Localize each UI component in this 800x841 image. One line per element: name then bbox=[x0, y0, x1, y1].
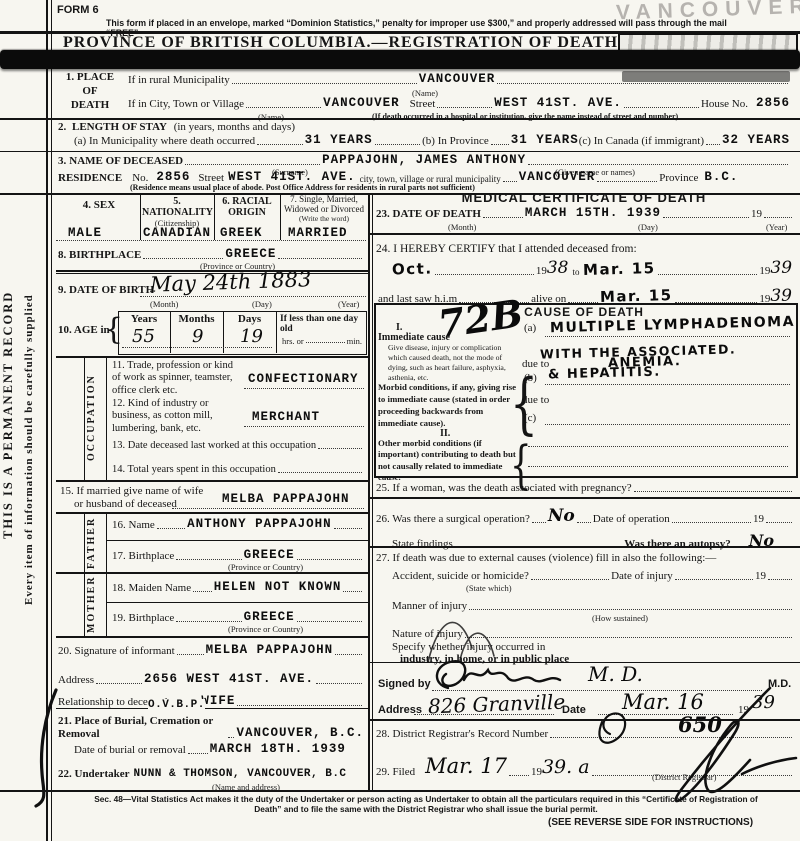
operation-19: 19 bbox=[753, 513, 764, 526]
racial-origin-value: GREEK bbox=[220, 226, 263, 240]
other-morbid-note: Other morbid conditions (if important) c… bbox=[378, 438, 520, 484]
filed-label: 29. Filed bbox=[376, 766, 415, 779]
informant-signature-label: 20. Signature of informant bbox=[58, 645, 175, 658]
s3-number: 3. bbox=[58, 155, 66, 168]
place-of-death-label: 1. PLACE OF DEATH bbox=[58, 71, 122, 112]
total-years-row: 14. Total years spent in this occupation bbox=[112, 464, 364, 476]
occupation-strip-right bbox=[106, 356, 107, 480]
rule-father bbox=[56, 572, 368, 574]
occupation-side-label: OCCUPATION bbox=[86, 362, 97, 474]
burial-place-value: VANCOUVER, B.C. bbox=[236, 726, 364, 741]
last-worked-row: 13. Date deceased last worked at this oc… bbox=[112, 440, 364, 452]
how-sustained-caption: (How sustained) bbox=[592, 613, 648, 623]
cause-b-value: & HEPATITIS. bbox=[548, 365, 661, 383]
date-of-death-value: MARCH 15TH. 1939 bbox=[525, 206, 661, 221]
cause-c-dotted bbox=[545, 424, 790, 425]
father-birthplace-caption: (Province or Country) bbox=[228, 562, 303, 572]
operation-row: 26. Was there a surgical operation? No D… bbox=[376, 506, 794, 526]
length-of-stay-label: LENGTH OF STAY bbox=[72, 121, 167, 133]
sex-header: 4. SEX bbox=[62, 199, 136, 212]
footer-line1: Sec. 48—Vital Statistics Act makes it th… bbox=[56, 794, 796, 804]
rule-s25 bbox=[369, 497, 800, 499]
father-strip-right bbox=[106, 512, 107, 572]
informant-address-value: 2656 WEST 41ST. AVE. bbox=[144, 672, 314, 687]
father-name-row: 16. Name ANTHONY PAPPAJOHN bbox=[112, 517, 364, 532]
residence-label: RESIDENCE bbox=[58, 172, 122, 185]
dob-year-caption: (Year) bbox=[338, 299, 359, 309]
informant-relationship-value: WIFE bbox=[201, 694, 235, 709]
age-note: If less than one day old bbox=[280, 314, 364, 334]
mother-birthplace-value: GREECE bbox=[244, 610, 295, 625]
filed-19: 19 bbox=[531, 766, 542, 779]
findings-row: State findings Was there an autopsy? No bbox=[392, 532, 794, 551]
industry-value: MERCHANT bbox=[252, 410, 320, 424]
pregnancy-label: 25. If a woman, was the death associated… bbox=[376, 482, 632, 495]
stay-municipality-value: 31 YEARS bbox=[305, 133, 373, 148]
death-certificate-scan: THIS IS A PERMANENT RECORD Every item of… bbox=[0, 0, 800, 841]
undertaker-row: 22. Undertaker NUNN & THOMSON, VANCOUVER… bbox=[58, 768, 364, 781]
state-findings-label: State findings bbox=[392, 538, 453, 551]
marital-header: 7. Single, Married, Widowed or Divorced … bbox=[283, 194, 365, 223]
immediate-cause-note: Give disease, injury or complication whi… bbox=[388, 343, 516, 384]
house-no-value: 2856 bbox=[756, 96, 790, 111]
dod-month-caption: (Month) bbox=[448, 222, 476, 232]
age-years-value: 55 bbox=[132, 326, 155, 347]
rule-father-inner bbox=[107, 540, 368, 541]
rule-s26 bbox=[369, 546, 800, 548]
street-label: Street bbox=[410, 98, 436, 111]
age-years-header: Years bbox=[118, 313, 170, 326]
date-of-death-label: 23. DATE OF DEATH bbox=[376, 208, 481, 221]
length-of-stay-paren: (in years, months and days) bbox=[174, 121, 295, 133]
burial-place-row: 21. Place of Burial, Cremation or Remova… bbox=[58, 715, 364, 741]
attended-from-row: Oct. 19 38 to Mar. 15 19 39 bbox=[392, 258, 792, 278]
burial-date-value: MARCH 18TH. 1939 bbox=[210, 742, 346, 757]
autopsy-value: No bbox=[749, 532, 774, 551]
attended-19a: 19 bbox=[536, 265, 547, 278]
house-no-label: House No. bbox=[701, 98, 748, 111]
burial-date-row: Date of burial or removal MARCH 18TH. 19… bbox=[74, 742, 364, 757]
marital-value: MARRIED bbox=[288, 226, 348, 240]
burial-date-label: Date of burial or removal bbox=[74, 744, 186, 757]
rule-mother bbox=[56, 636, 368, 638]
operation-date-label: Date of operation bbox=[593, 513, 670, 526]
informant-relationship-row: Relationship to deceased WIFE bbox=[58, 694, 364, 709]
industry-dotted bbox=[244, 426, 364, 427]
dod-year-caption: (Year) bbox=[766, 222, 787, 232]
age-dotted-rule bbox=[122, 347, 272, 348]
other-morbid-dotted-1 bbox=[528, 446, 788, 447]
date-of-death-19: 19 bbox=[751, 208, 762, 221]
cause-b-label: (b) bbox=[524, 372, 537, 385]
physician-signature bbox=[430, 650, 580, 695]
address-dotted bbox=[414, 714, 554, 715]
trade-dotted bbox=[244, 388, 364, 389]
vancouver-stamp: VANCOUVER bbox=[616, 0, 800, 25]
age-hrs-min-row: hrs. or min. bbox=[282, 336, 362, 346]
medical-certificate-title: MEDICAL CERTIFICATE OF DEATH bbox=[374, 190, 794, 205]
s2-number: 2. bbox=[58, 121, 66, 133]
signed-by-label: Signed by bbox=[378, 678, 431, 690]
certificate-date-label: Date bbox=[562, 704, 586, 716]
date-of-death-row: 23. DATE OF DEATH MARCH 15TH. 1939 19 bbox=[376, 206, 794, 221]
birthplace-value: GREECE bbox=[225, 247, 276, 262]
place-of-death-line2: OF bbox=[58, 85, 122, 99]
reverse-side-note: (SEE REVERSE SIDE FOR INSTRUCTIONS) bbox=[548, 817, 753, 828]
attended-19b: 19 bbox=[759, 265, 770, 278]
length-of-stay-row: (a) In Municipality where death occurred… bbox=[74, 133, 790, 148]
rural-municipality-label: If in rural Municipality bbox=[128, 74, 230, 87]
stay-province-value: 31 YEARS bbox=[511, 133, 579, 148]
birthplace-row: 8. BIRTHPLACE GREECE bbox=[58, 247, 364, 262]
name-of-deceased-row: 3. NAME OF DECEASED PAPPAJOHN, JAMES ANT… bbox=[58, 153, 790, 168]
father-name-label: 16. Name bbox=[112, 519, 155, 532]
rule-s20 bbox=[56, 708, 368, 709]
form-number: FORM 6 bbox=[57, 4, 99, 16]
age-label: 10. AGE in bbox=[58, 324, 110, 337]
attended-from-value: Oct. bbox=[392, 259, 433, 278]
external-causes-label: 27. If death was due to external causes … bbox=[376, 552, 716, 565]
informant-signature-row: 20. Signature of informant MELBA PAPPAJO… bbox=[58, 643, 364, 658]
rule-footer bbox=[0, 790, 800, 792]
rule-s15 bbox=[56, 512, 368, 514]
ink-smudge-bar bbox=[0, 50, 800, 69]
cause-b-dotted bbox=[545, 384, 790, 385]
rule-occ bbox=[56, 480, 368, 482]
pregnancy-row: 25. If a woman, was the death associated… bbox=[376, 482, 794, 495]
state-which-caption: (State which) bbox=[466, 583, 512, 593]
mother-strip-right bbox=[106, 572, 107, 636]
birthplace-label: 8. BIRTHPLACE bbox=[58, 249, 141, 262]
district-registrar-signature bbox=[592, 682, 800, 812]
informant-address-label: Address bbox=[58, 674, 94, 687]
dob-day-caption: (Day) bbox=[252, 299, 272, 309]
dob-dotted-rule bbox=[140, 296, 366, 297]
stay-canada-label: (c) In Canada (if immigrant) bbox=[579, 135, 704, 148]
vitals-dotted-rule bbox=[56, 240, 366, 241]
city-value: VANCOUVER bbox=[323, 96, 400, 111]
stay-municipality-label: (a) In Municipality where death occurred bbox=[74, 135, 255, 148]
attended-from-year: 38 bbox=[547, 258, 569, 278]
age-hrs-label: hrs. or bbox=[282, 336, 304, 346]
spouse-label-line1: 15. If married give name of wife bbox=[60, 485, 220, 498]
attended-to-value: Mar. 15 bbox=[583, 259, 656, 279]
cause-c-label: (c) bbox=[524, 412, 536, 425]
industry-label: 12. Kind of industry or business, as cot… bbox=[112, 398, 244, 435]
record-number-label: 28. District Registrar's Record Number bbox=[376, 728, 548, 741]
father-strip-left bbox=[84, 512, 85, 572]
undertaker-value: NUNN & THOMSON, VANCOUVER, B.C bbox=[134, 768, 347, 781]
nationality-header: 5. NATIONALITY (Citizenship) bbox=[142, 196, 212, 228]
city-town-row: If in City, Town or Village VANCOUVER St… bbox=[128, 96, 790, 111]
city-label: If in City, Town or Village bbox=[128, 98, 244, 111]
racial-origin-header: 6. RACIAL ORIGIN bbox=[216, 196, 278, 218]
immediate-cause-label: Immediate cause bbox=[378, 332, 450, 343]
margin-permanent-record: THIS IS A PERMANENT RECORD bbox=[1, 250, 16, 580]
nationality-header-text: 5. NATIONALITY bbox=[142, 196, 212, 218]
street-value: WEST 41ST. AVE. bbox=[494, 96, 622, 111]
vitals-divider-3 bbox=[280, 195, 281, 240]
accident-label: Accident, suicide or homicide? bbox=[392, 570, 529, 583]
age-months-header: Months bbox=[170, 313, 223, 326]
rural-municipality-row: If in rural Municipality VANCOUVER bbox=[128, 72, 790, 87]
mother-strip-left bbox=[84, 572, 85, 636]
certify-label: 24. I HEREBY CERTIFY that I attended dec… bbox=[376, 243, 637, 257]
rule-s23 bbox=[369, 233, 800, 235]
footer-line2: Death” and to file the same with the Dis… bbox=[56, 804, 796, 814]
spouse-value: MELBA PAPPAJOHN bbox=[222, 492, 350, 506]
mother-birthplace-row: 19. Birthplace GREECE bbox=[112, 610, 364, 625]
nationality-value: CANADIAN bbox=[143, 226, 211, 240]
margin-every-item-note: Every item of information should be care… bbox=[23, 230, 35, 670]
rural-municipality-value: VANCOUVER bbox=[419, 72, 496, 87]
age-days-value: 19 bbox=[240, 326, 263, 347]
vitals-divider-1 bbox=[140, 195, 141, 240]
total-years-label: 14. Total years spent in this occupation bbox=[112, 464, 276, 476]
dod-day-caption: (Day) bbox=[638, 222, 658, 232]
spouse-dotted bbox=[172, 508, 364, 509]
filed-date-value: Mar. 17 bbox=[425, 754, 507, 779]
mother-side-label: MOTHER bbox=[86, 576, 97, 633]
operation-value: No bbox=[548, 506, 575, 526]
age-min-label: min. bbox=[347, 336, 362, 346]
vitals-divider-2 bbox=[214, 195, 215, 240]
deceased-name-value: PAPPAJOHN, JAMES ANTHONY bbox=[322, 153, 526, 168]
age-days-header: Days bbox=[223, 313, 276, 326]
date-of-injury-label: Date of injury bbox=[611, 570, 673, 583]
burial-place-label: 21. Place of Burial, Cremation or Remova… bbox=[58, 715, 226, 741]
informant-address-row: Address 2656 WEST 41ST. AVE. bbox=[58, 672, 364, 687]
mother-name-value: HELEN NOT KNOWN bbox=[214, 580, 342, 595]
informant-signature-value: MELBA PAPPAJOHN bbox=[206, 643, 334, 658]
rule-s10 bbox=[56, 356, 368, 358]
father-name-value: ANTHONY PAPPAJOHN bbox=[187, 517, 332, 532]
mother-name-row: 18. Maiden Name HELEN NOT KNOWN bbox=[112, 580, 364, 595]
autopsy-label: Was there an autopsy? bbox=[624, 538, 730, 551]
due-to-2: due to bbox=[522, 394, 549, 407]
place-of-death-line1: 1. PLACE bbox=[58, 71, 122, 85]
column-divider bbox=[368, 193, 370, 790]
name-of-deceased-label: NAME OF DECEASED bbox=[69, 155, 183, 168]
other-morbid-dotted-2 bbox=[528, 466, 788, 467]
cause-a-label: (a) bbox=[524, 322, 536, 335]
stay-province-label: (b) In Province bbox=[422, 135, 489, 148]
accident-row: Accident, suicide or homicide? Date of i… bbox=[392, 570, 794, 583]
dob-month-caption: (Month) bbox=[150, 299, 178, 309]
attended-to-year: 39 bbox=[770, 258, 792, 278]
morbid-conditions-note: Morbid conditions, if any, giving rise t… bbox=[378, 382, 518, 430]
rule-mother-inner bbox=[107, 602, 368, 603]
mother-name-label: 18. Maiden Name bbox=[112, 582, 191, 595]
father-birthplace-row: 17. Birthplace GREECE bbox=[112, 548, 364, 563]
marital-sub: (Write the word) bbox=[283, 214, 365, 223]
father-birthplace-value: GREECE bbox=[244, 548, 295, 563]
father-birthplace-label: 17. Birthplace bbox=[112, 550, 174, 563]
cause-a-dotted bbox=[545, 336, 790, 337]
stay-canada-value: 32 YEARS bbox=[722, 133, 790, 148]
mother-birthplace-caption: (Province or Country) bbox=[228, 624, 303, 634]
age-divider-3 bbox=[276, 311, 277, 353]
father-side-label: FATHER bbox=[86, 516, 97, 569]
rule-s2-bottom bbox=[0, 151, 800, 152]
residence-province-value: B.C. bbox=[704, 170, 738, 185]
mother-birthplace-label: 19. Birthplace bbox=[112, 612, 174, 625]
injury-19: 19 bbox=[755, 570, 766, 583]
sex-value: MALE bbox=[68, 226, 102, 240]
trade-label: 11. Trade, profession or kind of work as… bbox=[112, 360, 244, 397]
column-divider-inner bbox=[372, 193, 373, 790]
occupation-strip-left bbox=[84, 356, 85, 480]
rule-s1-bottom bbox=[0, 118, 800, 120]
marital-header-text: 7. Single, Married, Widowed or Divorced bbox=[283, 194, 365, 214]
last-worked-label: 13. Date deceased last worked at this oc… bbox=[112, 440, 316, 452]
filed-year-value: 39. a bbox=[542, 756, 590, 778]
date-of-birth-value: May 24th 1883 bbox=[150, 267, 312, 297]
trade-value: CONFECTIONARY bbox=[248, 372, 359, 386]
ovbp-note: O.V.B.P. bbox=[148, 699, 205, 711]
operation-label: 26. Was there a surgical operation? bbox=[376, 513, 530, 526]
age-months-value: 9 bbox=[192, 326, 203, 347]
place-of-death-line3: DEATH bbox=[58, 99, 122, 113]
attended-to-label: to bbox=[572, 267, 579, 278]
